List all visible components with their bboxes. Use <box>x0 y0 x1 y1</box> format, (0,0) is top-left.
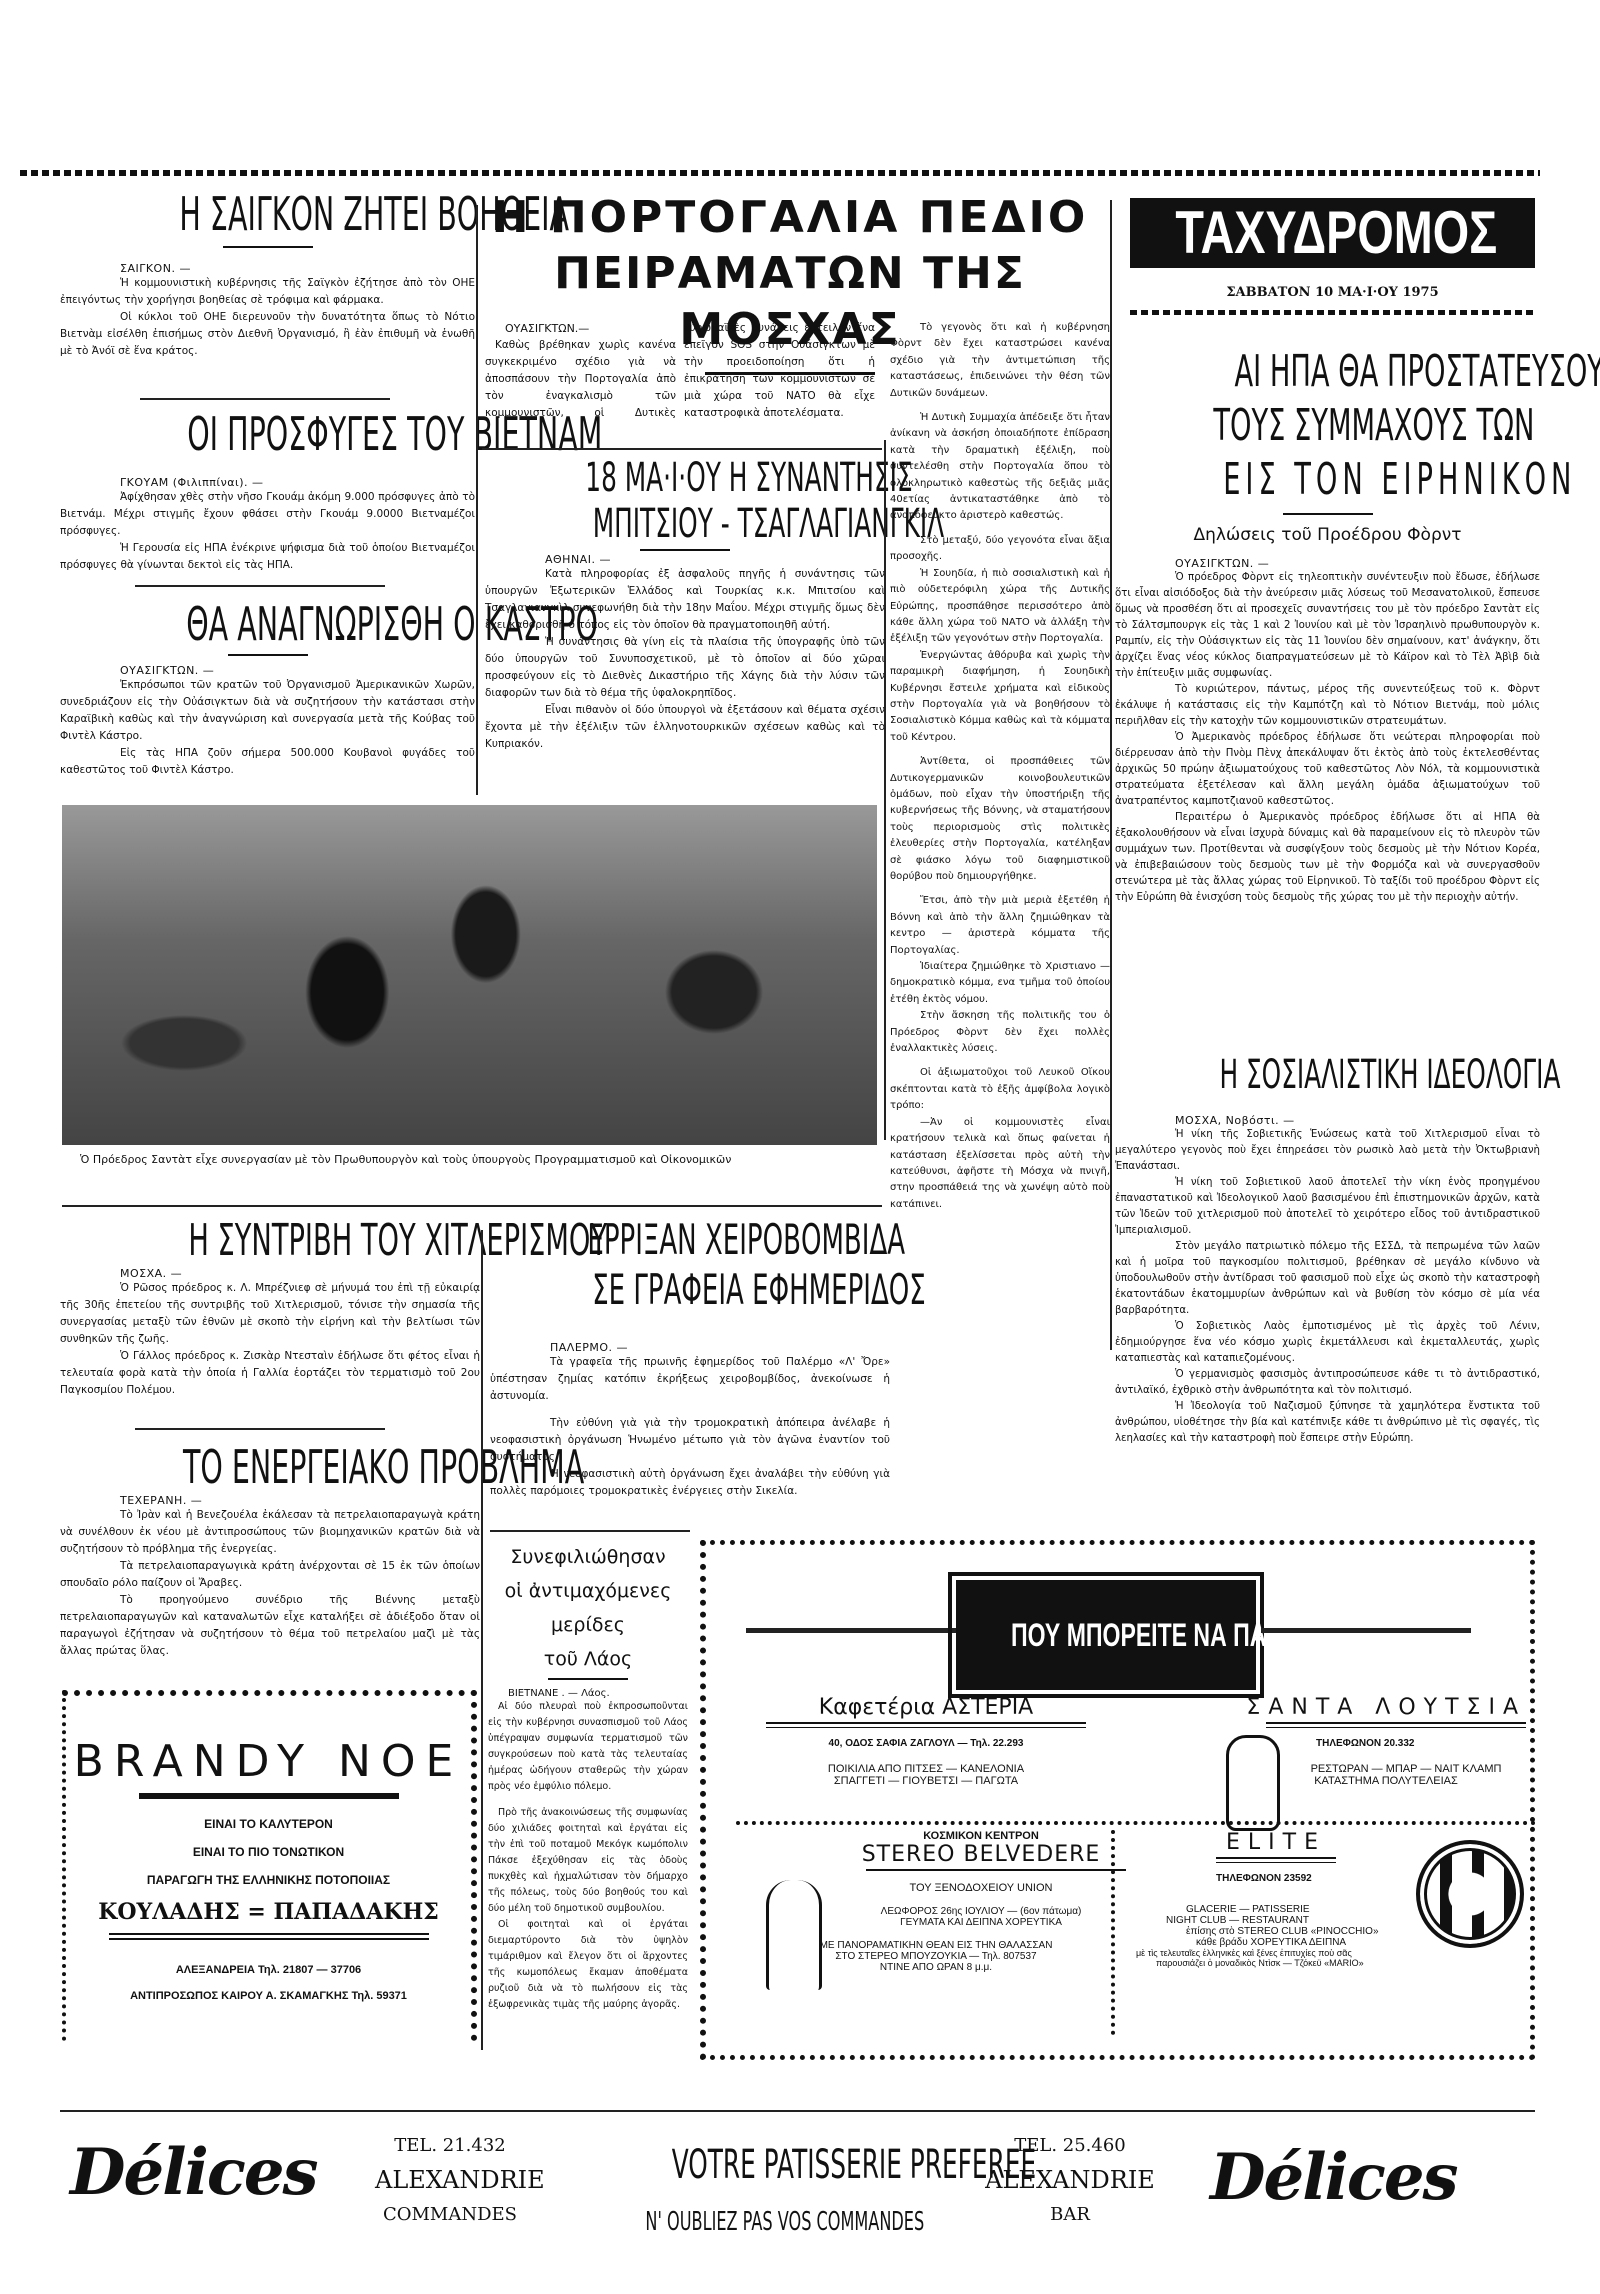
divider <box>135 1428 385 1430</box>
divider <box>1261 1628 1471 1633</box>
dateline: ΟΥΑΣΙΓΚΤΩΝ. — <box>1175 557 1540 570</box>
delices-logo-right: Délices <box>1210 2140 1457 2215</box>
divider <box>60 2110 1535 2112</box>
article-castro: ΘΑ ΑΝΑΓΝΩΡΙΣΘΗ Ο ΚΑΣΤΡΟ ΟΥΑΣΙΓΚΤΩΝ. — Ἐκ… <box>60 600 475 779</box>
divider <box>62 1205 882 1207</box>
guide-banner: ΠΟΥ ΜΠΟΡΕΙΤΕ ΝΑ ΠΑΤΕ <box>956 1580 1256 1690</box>
dateline: ΓΚΟΥΑΜ (Φιλιππίναι). — <box>120 476 475 489</box>
ad-brandy-noe: BRANDY NOE ΕΙΝΑΙ ΤΟ ΚΑΛΥΤΕΡΟΝ ΕΙΝΑΙ ΤΟ Π… <box>62 1690 477 2041</box>
masthead-title: ΤΑΧΥΔΡΟΜΟΣ <box>1175 198 1497 268</box>
zigzag-divider <box>1111 1830 1119 2035</box>
article-usa: ΑΙ ΗΠΑ ΘΑ ΠΡΟΣΤΑΤΕΥΣΟΥΝ ΤΟΥΣ ΣΥΜΜΑΧΟΥΣ Τ… <box>1115 345 1540 906</box>
article-body: Ὁ Ρῶσος πρόεδρος κ. Λ. Μπρέζνιεφ σὲ μήνυ… <box>60 1280 480 1399</box>
headline-laos-line2: οἱ ἀντιμαχόμενες <box>488 1574 688 1608</box>
column-rule <box>481 1230 483 2050</box>
dotted-rule <box>1130 310 1535 315</box>
top-dotted-rule <box>20 170 1540 176</box>
article-body: Τὸ Ἰρὰν καὶ ἡ Βενεζουέλα ἐκάλεσαν τὰ πετ… <box>60 1507 480 1660</box>
delices-left-info: TEL. 21.432 ALEXANDRIE COMMANDES <box>375 2135 525 2225</box>
divider <box>490 1530 690 1532</box>
dateline: ΒΙΕΤΝΑΝΕ . — Λάος. <box>508 1688 688 1699</box>
ad-santa-lucia: ΣΑΝΤΑ ΛΟΥΤΣΙΑ ΤΗΛΕΦΩΝΟΝ 20.332 ΡΕΣΤΩΡΑΝ … <box>1206 1695 1526 1787</box>
brandy-title: BRANDY NOE <box>66 1736 471 1787</box>
headline-usa-line1: ΑΙ ΗΠΑ ΘΑ ΠΡΟΣΤΑΤΕΥΣΟΥΝ <box>1234 345 1600 399</box>
headline-laos-line4: τοῦ Λάος <box>488 1642 688 1676</box>
divider <box>640 549 730 551</box>
ad-belvedere: ΚΟΣΜΙΚΟΝ ΚΕΝΤΡΟΝ STEREO BELVEDERE ΤΟΥ ΞΕ… <box>746 1830 1126 1973</box>
delices-center: VOTRE PATISSERIE PREFEREE N' OUBLIEZ PAS… <box>560 2140 980 2242</box>
ad-asteria: Καφετέρια ΑΣΤΕΡΙΑ 40, ΟΔΟΣ ΣΑΦΙΑ ΖΑΓΛΟΥΛ… <box>766 1695 1086 1787</box>
headline-meeting-line1: 18 ΜΑ·Ι·ΟΥ Η ΣΥΝΑΝΤΗΣΙΣ <box>585 455 912 501</box>
column-rule <box>476 205 478 795</box>
headline-usa-line3: ΕΙΣ ΤΟΝ ΕΙΡΗΝΙΚΟΝ <box>1223 453 1576 507</box>
column-rule <box>884 440 886 1140</box>
subhead-usa: Δηλώσεις τοῦ Προέδρου Φὸρντ <box>1115 525 1540 545</box>
article-socialist: Η ΣΟΣΙΑΛΙΣΤΙΚΗ ΙΔΕΟΛΟΓΙΑ ΜΟΣΧΑ, Νοβόστι.… <box>1115 1050 1540 1447</box>
divider <box>746 1628 956 1633</box>
article-body: Ἡ νίκη τῆς Σοβιετικῆς Ἑνώσεως κατὰ τοῦ Χ… <box>1115 1127 1540 1447</box>
ad-elite: ELITE ΤΗΛΕΦΩΝΟΝ 23592 GLACERIE — PATISSE… <box>1126 1830 1536 1968</box>
divider <box>223 246 313 248</box>
divider <box>135 585 385 587</box>
asteria-name: Καφετέρια ΑΣΤΕΡΙΑ <box>766 1695 1086 1720</box>
masthead-date: ΣΑΒΒΑΤΟΝ 10 ΜΑ·Ι·ΟΥ 1975 <box>1130 285 1535 300</box>
article-body: Ὁ πρόεδρος Φὸρντ εἰς τηλεοπτικὴν συνέντε… <box>1115 570 1540 906</box>
dancers-icon <box>766 1880 822 1990</box>
headline-usa-line2: ΤΟΥΣ ΣΥΜΜΑΧΟΥΣ ΤΩΝ <box>1213 399 1534 453</box>
ad-entertainment-guide: ΠΟΥ ΜΠΟΡΕΙΤΕ ΝΑ ΠΑΤΕ Καφετέρια ΑΣΤΕΡΙΑ 4… <box>700 1540 1535 2060</box>
article-body: Ἡ κομμουνιστικὴ κυβέρνησις τῆς Σαϊγκὸν ἐ… <box>60 275 475 360</box>
brandy-maker: ΚΟΥΛΑΔΗΣ = ΠΑΠΑΔΑΚΗΣ <box>66 1899 471 1925</box>
article-saigon: Η ΣΑΙΓΚΟΝ ΖΗΤΕΙ ΒΟΗΘΕΙΑ ΣΑΙΓΚΟΝ. — Ἡ κομ… <box>60 190 475 360</box>
masthead: ΤΑΧΥΔΡΟΜΟΣ <box>1130 198 1535 268</box>
news-photo <box>62 805 877 1145</box>
dateline: ΟΥΑΣΙΓΚΤΩΝ.— <box>505 320 676 337</box>
belvedere-name: STEREO BELVEDERE <box>836 1842 1126 1867</box>
dateline: ΣΑΙΓΚΟΝ. — <box>120 262 475 275</box>
dateline: ΤΕΧΕΡΑΝΗ. — <box>120 1494 480 1507</box>
article-meeting: 18 ΜΑ·Ι·ΟΥ Η ΣΥΝΑΝΤΗΣΙΣ ΜΠΙΤΣΙΟΥ - ΤΣΑΓΛ… <box>485 455 885 753</box>
dateline: ΑΘΗΝΑΙ. — <box>545 553 885 566</box>
article-refugees: ΟΙ ΠΡΟΣΦΥΓΕΣ ΤΟΥ ΒΙΕΤΝΑΜ ΓΚΟΥΑΜ (Φιλιππί… <box>60 410 475 574</box>
headline-socialist: Η ΣΟΣΙΑΛΙΣΤΙΚΗ ΙΔΕΟΛΟΓΙΑ <box>1219 1050 1560 1100</box>
article-hitler: Η ΣΥΝΤΡΙΒΗ ΤΟΥ ΧΙΤΛΕΡΙΣΜΟΥ ΜΟΣΧΑ. — Ὁ Ρῶ… <box>60 1215 480 1399</box>
article-body: Αἱ δύο πλευραὶ ποὺ ἐκπροσωποῦνται εἰς τὴ… <box>488 1699 688 2013</box>
delices-logo-left: Délices <box>70 2135 317 2210</box>
article-body: Ἐκπρόσωποι τῶν κρατῶν τοῦ Ὀργανισμοῦ Ἀμε… <box>60 677 475 779</box>
article-body: Κατὰ πληροφορίας ἐξ ἀσφαλοῦς πηγῆς ἡ συν… <box>485 566 885 753</box>
column-rule <box>1110 200 1112 1350</box>
article-body: Τὰ γραφεῖα τῆς πρωινῆς ἐφημερίδος τοῦ Πα… <box>490 1354 890 1500</box>
headline-laos-line1: Συνεφιλιώθησαν <box>488 1540 688 1574</box>
santa-lucia-name: ΣΑΝΤΑ ΛΟΥΤΣΙΑ <box>1206 1695 1526 1720</box>
article-energy: ΤΟ ΕΝΕΡΓΕΙΑΚΟ ΠΡΟΒΛΗΜΑ ΤΕΧΕΡΑΝΗ. — Τὸ Ἰρ… <box>60 1440 480 1660</box>
article-portugal-col1: ΟΥΑΣΙΓΚΤΩΝ.— Καθὼς βρέθηκαν χωρὶς κανένα… <box>485 320 875 422</box>
dateline: ΟΥΑΣΙΓΚΤΩΝ. — <box>120 664 475 677</box>
fork-glass-spoon-icon <box>1416 1840 1524 1948</box>
article-body: Ἀφίχθησαν χθὲς στὴν νῆσο Γκουάμ ἀκόμη 9.… <box>60 489 475 574</box>
delices-right-info: TEL. 25.460 ALEXANDRIE BAR <box>980 2135 1160 2225</box>
divider <box>1283 513 1373 515</box>
dateline: ΠΑΛΕΡΜΟ. — <box>550 1341 890 1354</box>
photo-caption: Ὁ Πρόεδρος Σαντὰτ εἶχε συνεργασίαν μὲ τὸ… <box>80 1153 890 1166</box>
divider <box>548 1678 628 1680</box>
article-laos: Συνεφιλιώθησαν οἱ ἀντιμαχόμενες μερίδες … <box>488 1540 688 2013</box>
divider <box>482 448 882 450</box>
dateline: ΜΟΣΧΑ. — <box>120 1267 480 1280</box>
dateline: ΜΟΣΧΑ, Νοβόστι. — <box>1175 1114 1540 1127</box>
headline-grenade-line1: ΕΡΡΙΞΑΝ ΧΕΙΡΟΒΟΜΒΙΔΑ <box>587 1215 905 1265</box>
headline-portugal-line1: Η ΠΟΡΤΟΓΑΛΙΑ ΠΕΔΙΟ <box>480 190 1100 246</box>
article-grenade: ΕΡΡΙΞΑΝ ΧΕΙΡΟΒΟΜΒΙΔΑ ΣΕ ΓΡΑΦΕΙΑ ΕΦΗΜΕΡΙΔ… <box>490 1215 890 1500</box>
headline-laos-line3: μερίδες <box>488 1608 688 1642</box>
zigzag-divider <box>736 1817 1536 1825</box>
divider <box>140 398 390 400</box>
headline-grenade-line2: ΣΕ ΓΡΑΦΕΙΑ ΕΦΗΜΕΡΙΔΟΣ <box>592 1265 926 1315</box>
article-portugal-col3: Τὸ γεγονὸς ὅτι καὶ ἡ κυβέρνηση Φὸρντ δὲν… <box>890 320 1110 1213</box>
divider <box>228 654 308 656</box>
